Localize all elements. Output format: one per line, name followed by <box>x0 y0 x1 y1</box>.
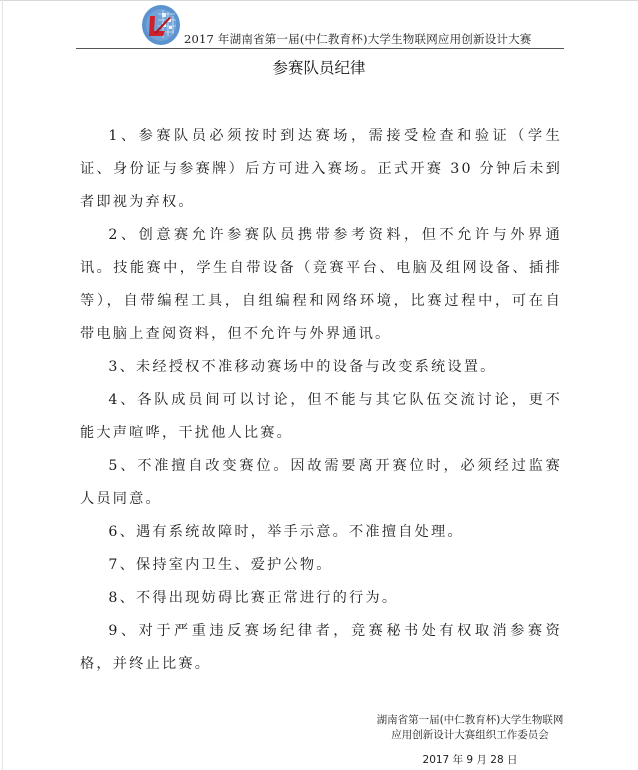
rule-3: 3、未经授权不准移动赛场中的设备与改变系统设置。 <box>80 351 562 384</box>
signature-org-line-2: 应用创新设计大赛组织工作委员会 <box>350 728 590 743</box>
page-top-edge <box>0 0 638 1</box>
page-left-edge <box>2 0 3 770</box>
document-title: 参赛队员纪律 <box>0 56 638 78</box>
header-competition-name: 2017 年湖南省第一届(中仁教育杯)大学生物联网应用创新设计大赛 <box>184 31 532 47</box>
rule-6: 6、遇有系统故障时，举手示意。不准擅自处理。 <box>80 516 562 549</box>
rule-7: 7、保持室内卫生、爱护公物。 <box>80 549 562 582</box>
signature-date: 2017 年 9 月 28 日 <box>410 752 530 767</box>
rule-9: 9、对于严重违反赛场纪律者，竞赛秘书处有权取消参赛资格，并终止比赛。 <box>80 615 562 681</box>
competition-logo-icon <box>141 4 181 46</box>
signature-org-line-1: 湖南省第一届(中仁教育杯)大学生物联网 <box>350 713 590 728</box>
rule-1: 1、参赛队员必须按时到达赛场，需接受检查和验证（学生证、身份证与参赛牌）后方可进… <box>80 120 562 219</box>
rules-list: 1、参赛队员必须按时到达赛场，需接受检查和验证（学生证、身份证与参赛牌）后方可进… <box>80 120 562 681</box>
signature-block: 湖南省第一届(中仁教育杯)大学生物联网 应用创新设计大赛组织工作委员会 <box>350 713 590 743</box>
header-divider <box>76 48 564 49</box>
rule-4: 4、各队成员间可以讨论，但不能与其它队伍交流讨论，更不能大声喧哗，干扰他人比赛。 <box>80 384 562 450</box>
rule-8: 8、不得出现妨碍比赛正常进行的行为。 <box>80 582 562 615</box>
rule-5: 5、不准擅自改变赛位。因故需要离开赛位时，必须经过监赛人员同意。 <box>80 450 562 516</box>
rule-2: 2、创意赛允许参赛队员携带参考资料，但不允许与外界通讯。技能赛中，学生自带设备（… <box>80 219 562 351</box>
